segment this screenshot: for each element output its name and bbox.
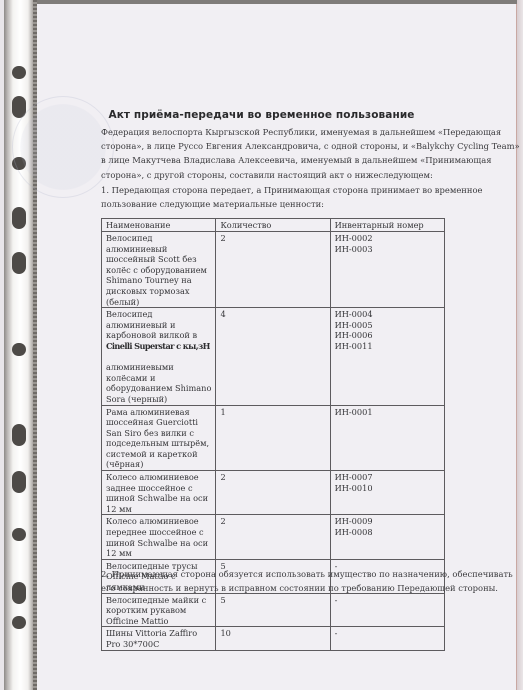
item-inventory: ИН-0002 ИН-0003 bbox=[330, 232, 444, 308]
item-name: Колесо алюминиевое переднее шоссейное с … bbox=[102, 515, 216, 559]
item-quantity: 4 bbox=[216, 308, 330, 405]
punch-hole-icon bbox=[12, 582, 26, 604]
table-row: Велосипед алюминиевый и карбоновой вилко… bbox=[102, 308, 445, 405]
item-inventory: ИН-0004 ИН-0005 ИН-0006 ИН-0011 bbox=[330, 308, 444, 405]
punch-hole-icon bbox=[12, 471, 26, 493]
table-row: Шины Vittoria Zaffiro Pro 30*700C 10 - bbox=[102, 627, 445, 650]
header-quantity: Количество bbox=[216, 219, 330, 232]
table-row: Колесо алюминиевое переднее шоссейное с … bbox=[102, 515, 445, 559]
punch-hole-icon bbox=[12, 616, 26, 629]
table-row: Велосипед алюминиевый шоссейный Scott бе… bbox=[102, 232, 445, 308]
item-quantity: 2 bbox=[216, 232, 330, 308]
item-quantity: 2 bbox=[216, 471, 330, 515]
item-name: Колесо алюминиевое заднее шоссейное с ши… bbox=[102, 471, 216, 515]
overprinted-text: Cinelli Superstar с кы,зН bbox=[106, 341, 210, 351]
header-inventory-number: Инвентарный номер bbox=[330, 219, 444, 232]
item-name: Велосипед алюминиевый и карбоновой вилко… bbox=[102, 308, 216, 405]
item-quantity: 2 bbox=[216, 515, 330, 559]
item-quantity: 10 bbox=[216, 627, 330, 650]
item-inventory: ИН-0007 ИН-0010 bbox=[330, 471, 444, 515]
table-row: Рама алюминиевая шоссейная Guerciotti Sa… bbox=[102, 405, 445, 471]
item-name: Шины Vittoria Zaffiro Pro 30*700C bbox=[102, 627, 216, 650]
item-name: Рама алюминиевая шоссейная Guerciotti Sa… bbox=[102, 405, 216, 471]
item-quantity: 5 bbox=[216, 593, 330, 627]
item-quantity: 1 bbox=[216, 405, 330, 471]
punch-hole-icon bbox=[12, 424, 26, 446]
clause-1: 1. Передающая сторона передает, а Приним… bbox=[101, 183, 521, 211]
document-title: Акт приёма-передачи во временное пользов… bbox=[0, 109, 523, 121]
punch-hole-icon bbox=[12, 343, 26, 356]
item-name: Велосипед алюминиевый шоссейный Scott бе… bbox=[102, 232, 216, 308]
punch-hole-icon bbox=[12, 207, 26, 229]
punch-hole-icon bbox=[12, 252, 26, 274]
item-inventory: ИН-0009 ИН-0008 bbox=[330, 515, 444, 559]
clause-2: 2. Принимающая сторона обязуется использ… bbox=[101, 567, 521, 595]
punch-hole-icon bbox=[12, 66, 26, 79]
header-name: Наименование bbox=[102, 219, 216, 232]
intro-paragraph: Федерация велоспорта Кыргызской Республи… bbox=[101, 125, 521, 182]
item-inventory: - bbox=[330, 627, 444, 650]
table-row: Велосипедные майки с коротким рукавом Of… bbox=[102, 593, 445, 627]
item-inventory: ИН-0001 bbox=[330, 405, 444, 471]
table-header-row: Наименование Количество Инвентарный номе… bbox=[102, 219, 445, 232]
punch-hole-icon bbox=[12, 528, 26, 541]
item-inventory: - bbox=[330, 593, 444, 627]
item-name: Велосипедные майки с коротким рукавом Of… bbox=[102, 593, 216, 627]
table-row: Колесо алюминиевое заднее шоссейное с ши… bbox=[102, 471, 445, 515]
